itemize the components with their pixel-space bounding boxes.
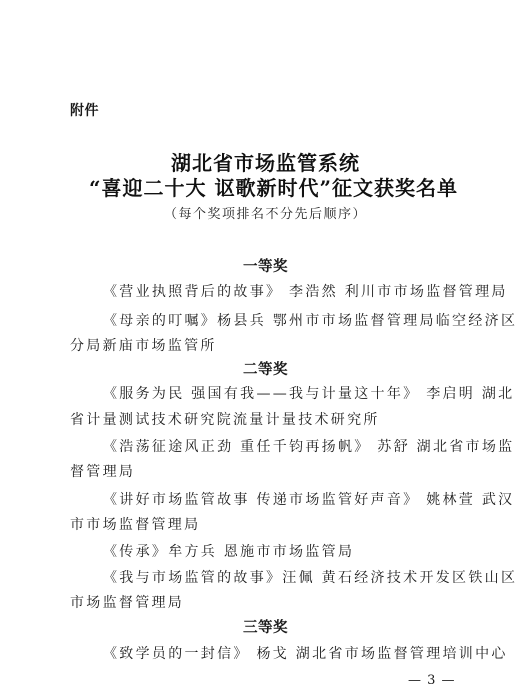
award-entry: 《营业执照背后的故事》 李浩然 利川市市场监督管理局 <box>103 281 508 301</box>
award-entry-continuation: 省计量测试技术研究院流量计量技术研究所 <box>70 409 380 429</box>
document-title-line2: “喜迎二十大 讴歌新时代”征文获奖名单 <box>8 172 531 201</box>
award-entry: 《致学员的一封信》 杨戈 湖北省市场监督管理培训中心 <box>103 643 508 663</box>
attachment-label: 附件 <box>70 100 99 120</box>
section-heading-third-prize: 三等奖 <box>0 616 531 637</box>
award-entry: 《母亲的叮嘱》杨县兵 鄂州市市场监督管理局临空经济区 <box>103 310 517 330</box>
award-entry-continuation: 督管理局 <box>70 461 135 481</box>
award-entry: 《服务为民 强国有我——我与计量这十年》 李启明 湖北 <box>103 383 514 403</box>
award-entry: 《我与市场监管的故事》汪佩 黄石经济技术开发区铁山区 <box>103 567 517 587</box>
award-entry-continuation: 分局新庙市场监管所 <box>70 335 217 355</box>
section-heading-second-prize: 二等奖 <box>0 358 531 379</box>
award-entry: 《传承》牟方兵 恩施市市场监管局 <box>103 541 354 561</box>
document-subtitle: （每个奖项排名不分先后顺序） <box>0 203 531 222</box>
document-page: 附件 湖北省市场监管系统 “喜迎二十大 讴歌新时代”征文获奖名单 （每个奖项排名… <box>0 0 531 698</box>
page-number: — 3 — <box>408 673 456 688</box>
award-entry: 《浩荡征途风正劲 重任千钧再扬帆》 苏舒 湖北省市场监 <box>103 436 514 456</box>
award-entry-continuation: 市场监督管理局 <box>70 592 184 612</box>
section-heading-first-prize: 一等奖 <box>0 255 531 276</box>
award-entry-continuation: 市市场监督管理局 <box>70 514 200 534</box>
award-entry: 《讲好市场监管故事 传递市场监管好声音》 姚林萱 武汉 <box>103 489 514 509</box>
